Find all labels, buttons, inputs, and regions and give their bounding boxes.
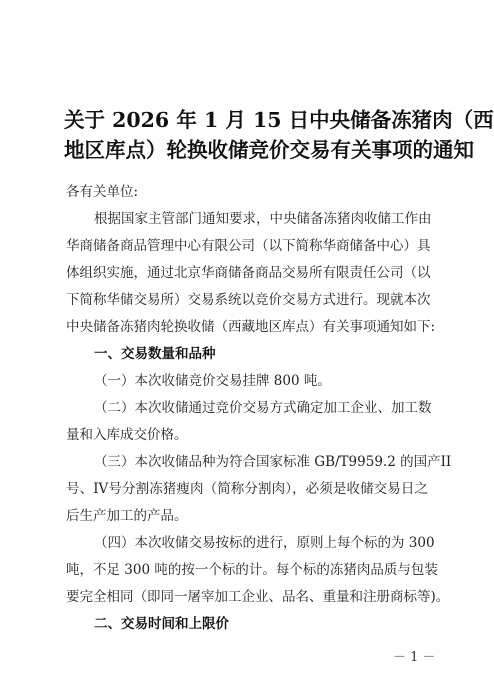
paragraph-line: 中央储备冻猪肉轮换收储（西藏地区库点）有关事项通知如下: — [66, 314, 428, 341]
item-1-line: （一）本次收储竞价交易挂牌 800 吨。 — [66, 368, 428, 395]
item-4-line: 吨，不足 300 吨的按一个标的计。每个标的冻猪肉品质与包装 — [66, 557, 428, 584]
page-number: － 1 － — [393, 646, 436, 665]
item-3-line: 号、IV号分割冻猪瘦肉（简称分割肉），必须是收储交易日之 — [66, 476, 428, 503]
item-3-line: （三）本次收储品种为符合国家标准 GB/T9959.2 的国产II — [66, 449, 428, 476]
item-4-line: 要完全相同（即同一屠宰加工企业、品名、重量和注册商标等)。 — [66, 584, 428, 611]
paragraph-line: 根据国家主管部门通知要求，中央储备冻猪肉收储工作由 — [66, 206, 428, 233]
section-heading-2: 二、交易时间和上限价 — [66, 611, 428, 638]
document-title: 关于 2026 年 1 月 15 日中央储备冻猪肉（西藏 地区库点）轮换收储竞价… — [64, 105, 434, 165]
item-2-line: （二）本次收储通过竞价交易方式确定加工企业、加工数 — [66, 395, 428, 422]
salutation: 各有关单位: — [66, 179, 428, 206]
item-4-line: （四）本次收储交易按标的进行，原则上每个标的为 300 — [66, 530, 428, 557]
title-line-2: 地区库点）轮换收储竞价交易有关事项的通知 — [64, 135, 434, 165]
item-2-line: 量和入库成交价格。 — [66, 422, 428, 449]
item-3-line: 后生产加工的产品。 — [66, 503, 428, 530]
title-line-1: 关于 2026 年 1 月 15 日中央储备冻猪肉（西藏 — [64, 105, 434, 135]
document-body: 各有关单位: 根据国家主管部门通知要求，中央储备冻猪肉收储工作由 华商储备商品管… — [66, 179, 428, 638]
paragraph-line: 下简称华储交易所）交易系统以竞价交易方式进行。现就本次 — [66, 287, 428, 314]
paragraph-line: 华商储备商品管理中心有限公司（以下简称华商储备中心）具 — [66, 233, 428, 260]
paragraph-line: 体组织实施，通过北京华商储备商品交易所有限责任公司（以 — [66, 260, 428, 287]
section-heading-1: 一、交易数量和品种 — [66, 341, 428, 368]
